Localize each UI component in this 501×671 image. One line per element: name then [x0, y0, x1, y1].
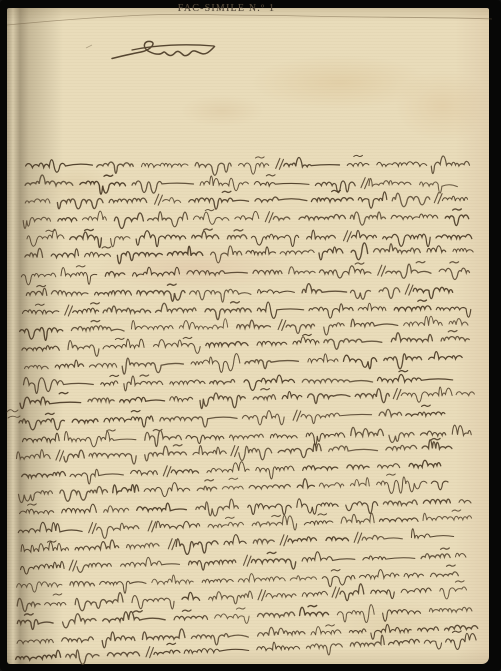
- plate-caption: FAC-SIMILE N.º 1: [0, 3, 477, 14]
- paper-stain: [95, 245, 295, 291]
- paper-stain: [330, 600, 460, 652]
- paper-stain: [40, 165, 112, 207]
- manuscript-page: [7, 8, 489, 664]
- paper-stain: [180, 95, 264, 127]
- facsimile-photo-plate: FAC-SIMILE N.º 1: [0, 0, 501, 671]
- paper-stain: [250, 55, 430, 110]
- paper-stain: [395, 70, 490, 142]
